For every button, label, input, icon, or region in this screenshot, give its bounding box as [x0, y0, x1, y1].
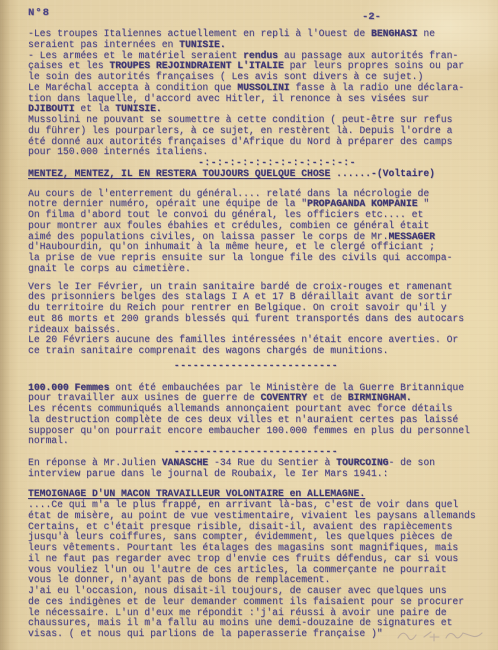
text-line: -------------------------- — [28, 361, 484, 372]
propaganda-kompanie-story: Au cours de l'enterrement du général....… — [28, 189, 484, 275]
pencil-mark-icon — [394, 625, 486, 645]
temoignage-body: ....Ce qui m'a le plus frappé, en arriva… — [28, 500, 484, 640]
text-column: -Les troupes Italiennes actuellement en … — [28, 29, 484, 640]
vanasche-intro: En réponse à Mr.Julien VANASCHE -34 Rue … — [28, 458, 484, 480]
text-line: gnait le corps au cimetière. — [28, 264, 484, 275]
issue-number: N°8 — [28, 7, 50, 19]
heading-mentez: MENTEZ, MENTEZ, IL EN RESTERA TOUJOURS Q… — [28, 169, 484, 180]
document-page: N°8 -2- -Les troupes Italiennes actuelle… — [0, 0, 498, 650]
text-line: interview parue dans le journal de Rouba… — [28, 469, 484, 480]
coventry-birmingham-story: 100.000 Femmes ont été embauchées par le… — [28, 383, 484, 448]
train-sanitaire-story: Vers le Ier Février, un train sanitaire … — [28, 282, 484, 357]
page-number: -2- — [362, 11, 381, 23]
news-items-italy: -Les troupes Italiennes actuellement en … — [28, 29, 484, 158]
text-line: supposer qu'on pourrait encore embaucher… — [28, 426, 484, 437]
text-line: MENTEZ, MENTEZ, IL EN RESTERA TOUJOURS Q… — [28, 169, 484, 180]
dash-divider-1: -------------------------- — [28, 361, 484, 372]
text-line: ce train sanitaire comprenait des wagons… — [28, 346, 484, 357]
